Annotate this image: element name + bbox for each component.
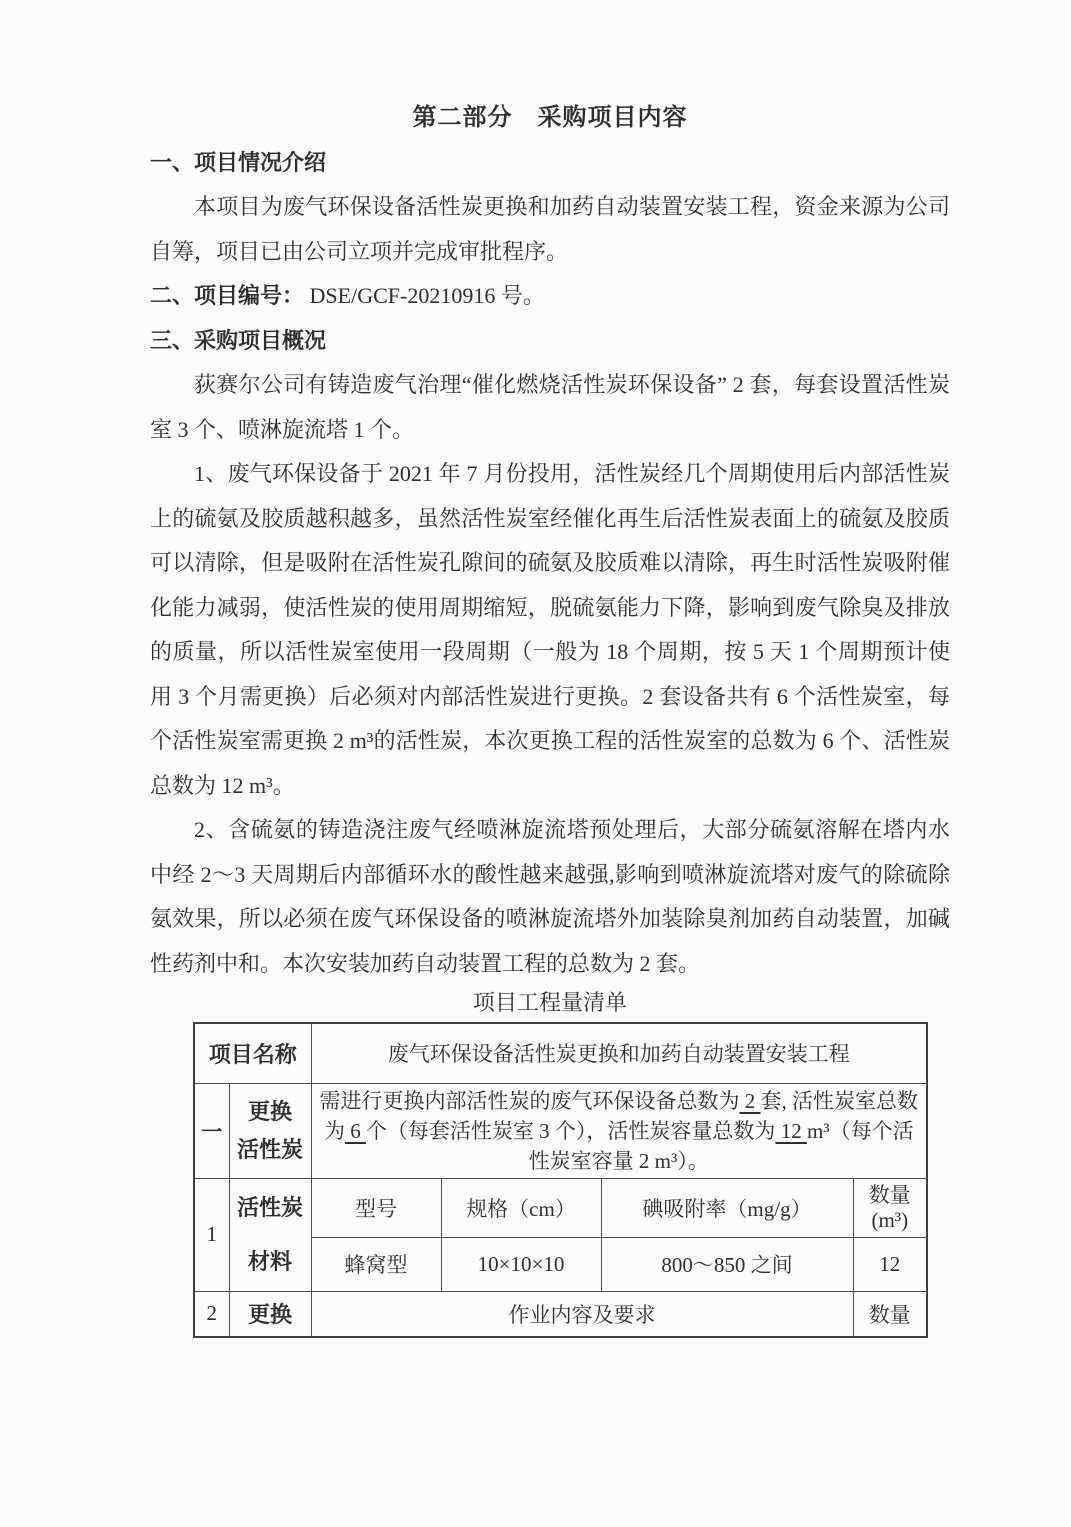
header-qty-line1: 数量 xyxy=(860,1183,921,1208)
table-row-replace-work: 2 更换 作业内容及要求 数量 xyxy=(194,1291,927,1337)
value-model-cell: 蜂窝型 xyxy=(311,1237,441,1291)
section2-heading-label: 二、项目编号： xyxy=(150,283,304,308)
project-number-value: DSE/GCF-20210916 号。 xyxy=(304,283,545,308)
table-row-section-one: 一 更换 活性炭 需进行更换内部活性炭的废气环保设备总数为 2 套, 活性炭室总… xyxy=(194,1083,927,1178)
header-iodine-cell: 碘吸附率（mg/g） xyxy=(601,1178,853,1237)
underlined-quantity: 2 xyxy=(740,1089,761,1113)
section3-heading: 三、采购项目概况 xyxy=(150,319,950,364)
boq-table-title: 项目工程量清单 xyxy=(150,986,950,1020)
project-boq-table: 项目名称 废气环保设备活性炭更换和加药自动装置安装工程 一 更换 活性炭 需进行… xyxy=(193,1022,928,1338)
header-qty-cell: 数量 (m³) xyxy=(853,1178,927,1237)
item1-label-line2: 材料 xyxy=(236,1235,305,1289)
section-one-label-line2: 活性炭 xyxy=(236,1131,305,1169)
section3-paragraph: 荻赛尔公司有铸造废气治理“催化燃烧活性炭环保设备” 2 套，每套设置活性炭室 3… xyxy=(150,363,950,452)
work-content-header-cell: 作业内容及要求 xyxy=(311,1291,853,1337)
section-one-label-cell: 更换 活性炭 xyxy=(229,1083,311,1178)
table-row-project-name: 项目名称 废气环保设备活性炭更换和加药自动装置安装工程 xyxy=(194,1023,927,1083)
section2-heading-line: 二、项目编号： DSE/GCF-20210916 号。 xyxy=(150,274,950,319)
section1-heading: 一、项目情况介绍 xyxy=(150,141,950,186)
header-spec-cell: 规格（cm） xyxy=(441,1178,601,1237)
work-qty-header-cell: 数量 xyxy=(853,1291,927,1337)
item1-paragraph: 1、废气环保设备于 2021 年 7 月份投用，活性炭经几个周期使用后内部活性炭… xyxy=(150,452,950,808)
value-spec-cell: 10×10×10 xyxy=(441,1237,601,1291)
content-segment: 需进行更换内部活性炭的废气环保设备总数为 xyxy=(320,1089,740,1113)
underlined-quantity: 6 xyxy=(345,1119,366,1143)
content-segment: 个（每套活性炭室 3 个），活性炭容量总数为 xyxy=(366,1119,776,1143)
section-one-label-line1: 更换 xyxy=(236,1093,305,1131)
header-qty-line2: (m³) xyxy=(860,1208,921,1233)
underlined-quantity: 12 xyxy=(775,1119,807,1143)
section-one-content-cell: 需进行更换内部活性炭的废气环保设备总数为 2 套, 活性炭室总数为 6 个（每套… xyxy=(311,1083,927,1178)
item1-label-line1: 活性炭 xyxy=(236,1181,305,1235)
section-one-index-cell: 一 xyxy=(194,1083,229,1178)
item2-paragraph: 2、含硫氨的铸造浇注废气经喷淋旋流塔预处理后，大部分硫氨溶解在塔内水中经 2～3… xyxy=(150,808,950,986)
header-model-cell: 型号 xyxy=(311,1178,441,1237)
item1-index-cell: 1 xyxy=(194,1178,229,1291)
document-title: 第二部分 采购项目内容 xyxy=(150,96,950,141)
document-page: 第二部分 采购项目内容 一、项目情况介绍 本项目为废气环保设备活性炭更换和加药自… xyxy=(0,0,1071,1527)
item2-index-cell: 2 xyxy=(194,1291,229,1337)
value-qty-cell: 12 xyxy=(853,1237,927,1291)
item1-label-cell: 活性炭 材料 xyxy=(229,1178,311,1291)
section1-paragraph: 本项目为废气环保设备活性炭更换和加药自动装置安装工程，资金来源为公司自筹，项目已… xyxy=(150,185,950,274)
project-name-label-cell: 项目名称 xyxy=(194,1023,311,1083)
item2-label-cell: 更换 xyxy=(229,1291,311,1337)
value-iodine-cell: 800～850 之间 xyxy=(601,1237,853,1291)
project-name-value-cell: 废气环保设备活性炭更换和加药自动装置安装工程 xyxy=(311,1023,927,1083)
table-row-carbon-header: 1 活性炭 材料 型号 规格（cm） 碘吸附率（mg/g） 数量 (m³) xyxy=(194,1178,927,1237)
